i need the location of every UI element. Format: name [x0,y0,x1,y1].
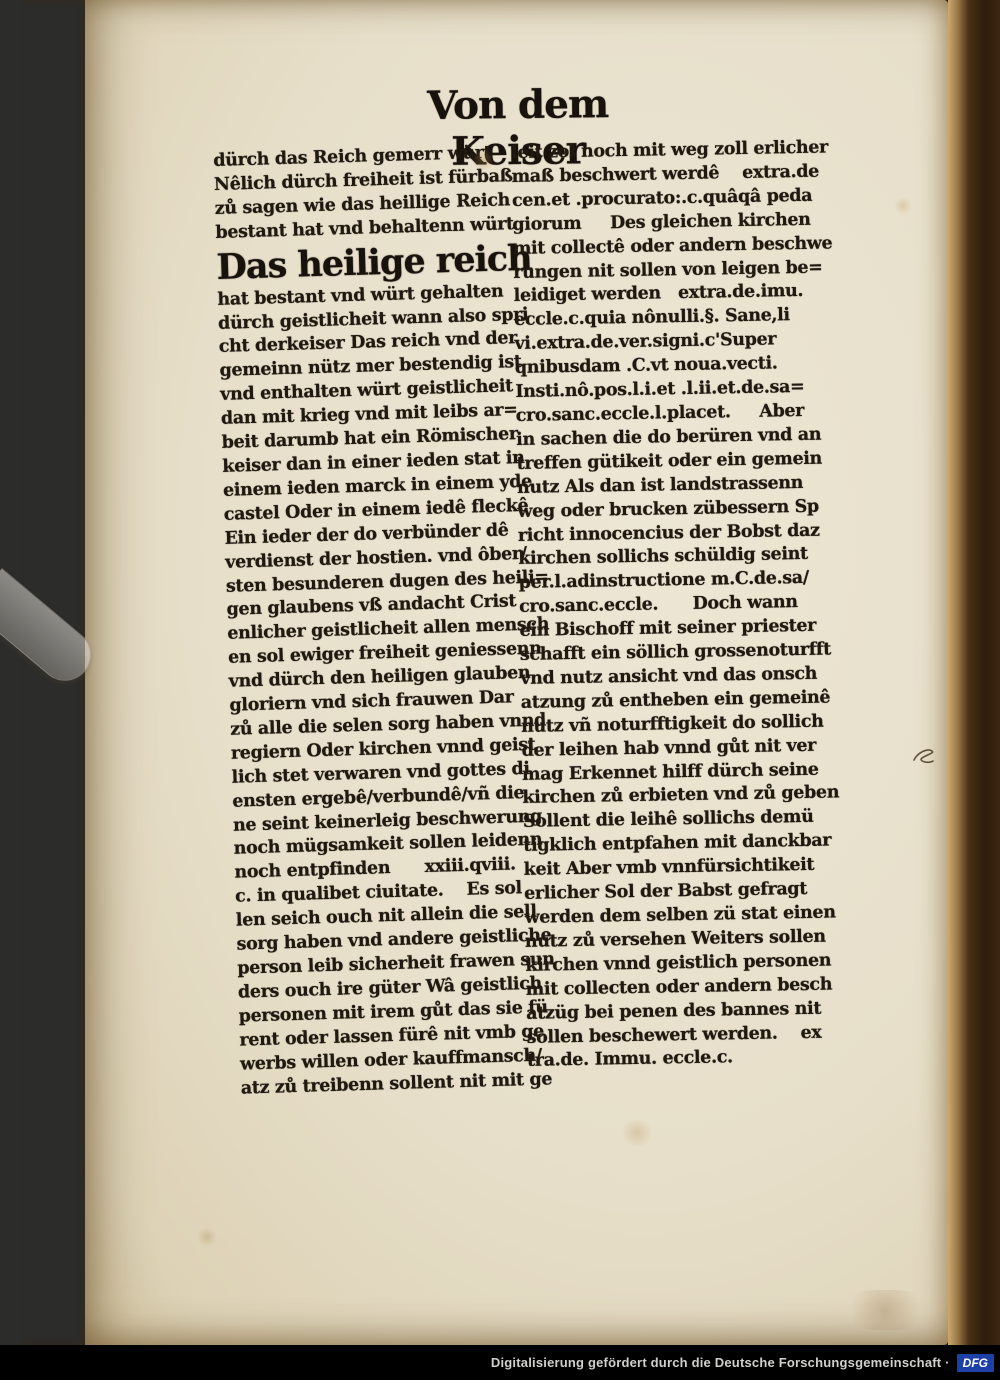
digitized-book-scan: Von dem Keiser dürch das Reich gemerr wü… [0,0,1000,1380]
digitization-credit: Digitalisierung gefördert durch die Deut… [491,1355,950,1370]
book-cover-right [948,0,1000,1345]
left-column: dürch das Reich gemerr würtNêlich dürch … [213,140,564,1101]
footer-bar: Digitalisierung gefördert durch die Deut… [0,1345,1000,1380]
dfg-logo: DFG [957,1354,994,1372]
left-column-body: hat bestant vnd würt gehaltendürch geist… [217,279,564,1101]
book-page: Von dem Keiser dürch das Reich gemerr wü… [85,0,948,1345]
right-column: leit zol noch mit weg zoll erlichermaß b… [511,136,847,1074]
left-column-intro: dürch das Reich gemerr würtNêlich dürch … [213,140,539,245]
text-line: tra.de. Immu. eccle.c. [527,1045,847,1074]
handwritten-margin-mark [908,742,938,768]
